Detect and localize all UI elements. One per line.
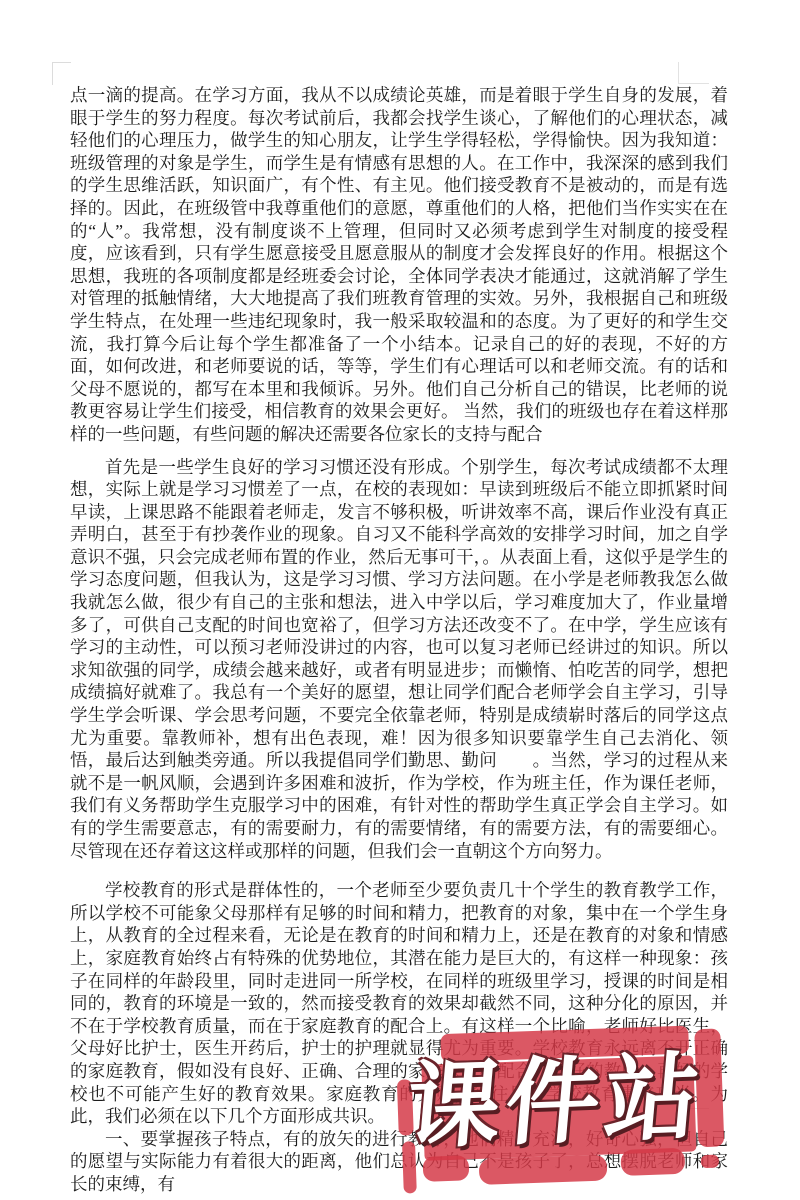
- paragraph-continuation: 点一滴的提高。在学习方面，我从不以成绩论英雄，而是着眼于学生自身的发展，着眼于学…: [70, 84, 728, 446]
- kejianzhan-watermark-stamp: 课件站: [390, 1018, 734, 1200]
- stamp-border-bottom-dash: [479, 1154, 608, 1184]
- stamp-text: 课件站: [402, 1044, 731, 1160]
- document-page: 点一滴的提高。在学习方面，我从不以成绩论英雄，而是着眼于学生自身的发展，着眼于学…: [0, 0, 800, 1200]
- paragraph-study-habits: 首先是一些学生良好的学习习惯还没有形成。个别学生，每次考试成绩都不太理想，实际上…: [70, 456, 728, 863]
- margin-corner-mark-top-right: [678, 62, 709, 84]
- stamp-border-right-dot: [701, 1155, 719, 1169]
- margin-corner-mark-top-left: [52, 62, 71, 85]
